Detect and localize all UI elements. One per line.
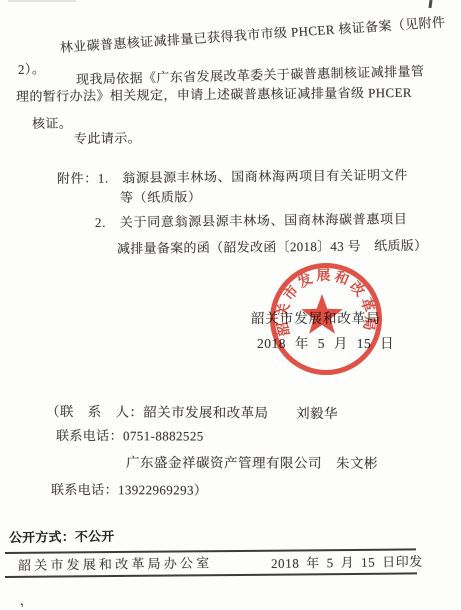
body-closing-line: 专此请示。 (74, 130, 141, 146)
scan-mark-bottom-left: , (16, 594, 26, 610)
contact-phone-1: 联系电话：0751-8882525 (56, 428, 204, 444)
body-line-2: 2）。 (18, 61, 46, 77)
footer-print-date: 2018 年 5 月 15 日印发 (271, 554, 423, 571)
seal-star-icon (301, 294, 343, 334)
scan-tick-top-right (428, 0, 432, 8)
footer-issuing-office: 韶关市发展和改革局办公室 (18, 555, 213, 573)
body-line-4: 理的暂行办法》相关规定，申请上述碳普惠核证减排量省级 PHCER (16, 85, 412, 104)
attachment-line-2: 等（纸质版） (120, 189, 202, 205)
disclosure-method: 公开方式：不公开 (9, 529, 115, 545)
contact-line-1: （联 系 人：韶关市发展和改革局 刘毅华 (46, 404, 338, 421)
body-line-5: 核证。 (32, 116, 72, 131)
footer-rule-bottom (5, 572, 417, 577)
attachment-line-3: 2. 关于同意翁源县源丰林场、国商林海碳普惠项目 (95, 211, 408, 230)
official-seal-stamp: 韶关市发展和改革局 (264, 257, 389, 382)
contact-line-3: 广东盛金祥碳资产管理有限公司 朱文彬 (126, 455, 378, 471)
footer-rule-top (5, 548, 416, 554)
scanned-document-page: , 林业碳普惠核证减排量已获得我市市级 PHCER 核证备案（见附件 2）。 现… (0, 0, 461, 610)
body-line-1: 林业碳普惠核证减排量已获得我市市级 PHCER 核证备案（见附件 (60, 14, 446, 55)
scan-smear-top (8, 0, 76, 2)
attachment-line-4: 减排量备案的函（韶发改函〔2018〕43 号 纸质版） (117, 238, 427, 256)
body-line-3: 现我局依据《广东省发展改革委关于碳普惠制核证减排量管 (76, 63, 425, 87)
contact-phone-2: 联系电话：13922969293） (51, 482, 207, 498)
attachment-line-1: 附件：1. 翁源县源丰林场、国商林海两项目有关证明文件 (57, 167, 408, 186)
